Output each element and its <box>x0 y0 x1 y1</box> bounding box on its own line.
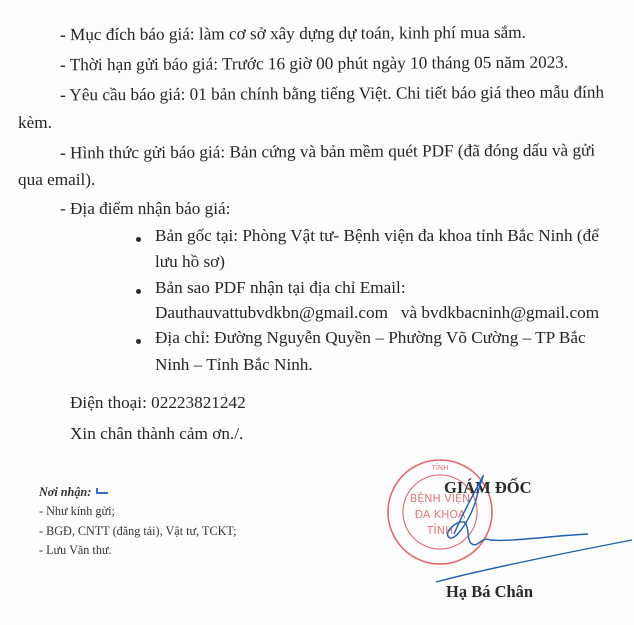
bullet-dot <box>136 289 141 294</box>
bullet-dot <box>136 339 141 344</box>
purpose-line: - Mục đích báo giá: làm cơ sở xây dựng d… <box>60 23 526 45</box>
bullet-copy-line1: Bản sao PDF nhận tại địa chỉ Email: <box>155 278 406 298</box>
bullet-original-line2: lưu hồ sơ) <box>155 252 225 272</box>
bullet-original-line1: Bản gốc tại: Phòng Vật tư- Bệnh viện đa … <box>155 226 599 246</box>
bullet-copy-emails[interactable]: Dauthauvattubvdkbn@gmail.com và bvdkbacn… <box>155 303 599 323</box>
recipients-label: Nơi nhận: <box>39 485 109 500</box>
submission-form-line-cont: qua email). <box>18 170 95 190</box>
submission-form-line: - Hình thức gửi báo giá: Bản cứng và bản… <box>60 141 595 164</box>
requirement-line-cont: kèm. <box>18 113 52 133</box>
thanks-line: Xin chân thành cảm ơn./. <box>70 424 243 444</box>
pen-mark-icon <box>95 484 109 492</box>
recipient-item: - Lưu Văn thư. <box>39 543 112 558</box>
signer-name: Hạ Bá Chân <box>446 582 533 602</box>
signature-icon <box>420 470 634 600</box>
bullet-address-line2: Ninh – Tỉnh Bắc Ninh. <box>155 355 313 375</box>
recipient-item: - BGĐ, CNTT (đăng tải), Vật tư, TCKT; <box>39 524 237 539</box>
deadline-line: - Thời hạn gửi báo giá: Trước 16 giờ 00 … <box>60 53 568 76</box>
bullet-address-line1: Địa chỉ: Đường Nguyễn Quyền – Phường Võ … <box>155 328 586 348</box>
requirement-line: - Yêu cầu báo giá: 01 bản chính bằng tiế… <box>60 83 604 106</box>
location-heading: - Địa điểm nhận báo giá: <box>60 199 230 219</box>
phone-line: Điện thoại: 02223821242 <box>70 393 246 413</box>
bullet-dot <box>136 237 141 242</box>
recipient-item: - Như kính gửi; <box>39 504 115 519</box>
